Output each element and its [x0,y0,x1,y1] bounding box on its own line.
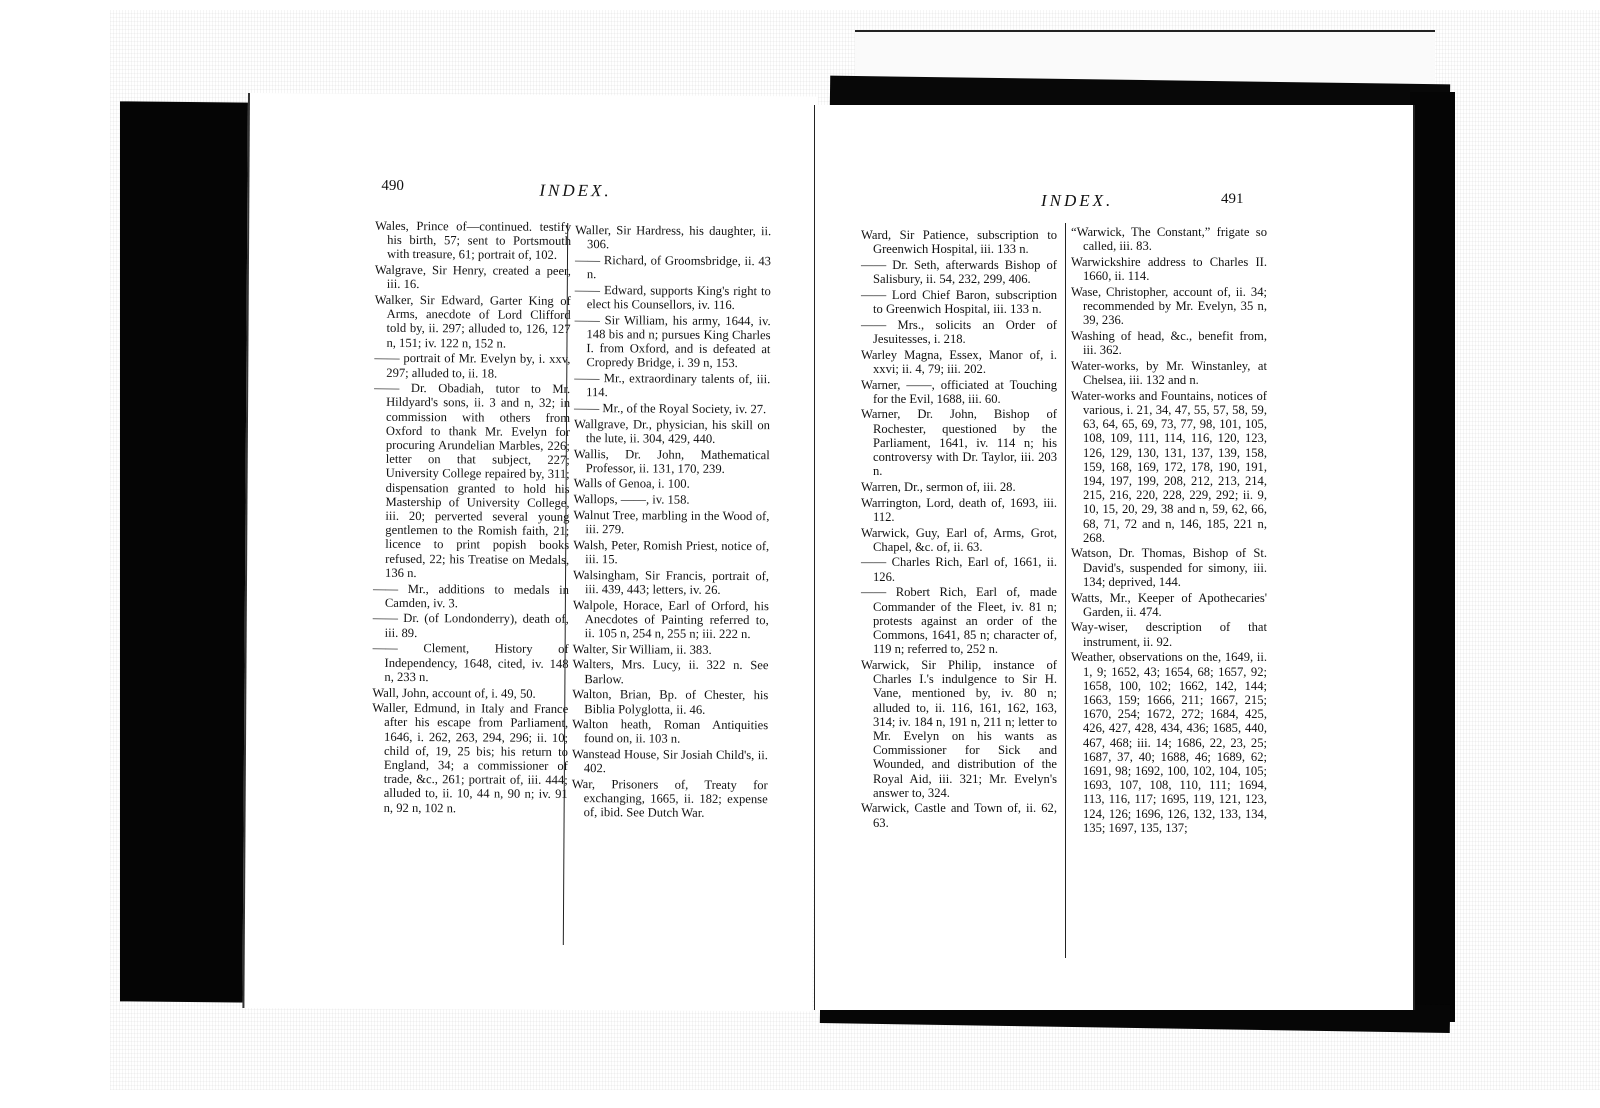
book-cover-left [120,101,250,1002]
index-entry: Way-wiser, description of that instrumen… [1071,620,1267,648]
index-entry: —— Charles Rich, Earl of, 1661, ii. 126. [861,555,1057,583]
book-cover-right [1410,92,1455,1022]
index-entry: Wallgrave, Dr., physician, his skill on … [574,417,770,447]
index-entry: —— Sir William, his army, 1644, iv. 148 … [574,313,770,371]
index-entry: Water-works, by Mr. Winstanley, at Chels… [1071,359,1267,387]
index-entry: Wallis, Dr. John, Mathematical Professor… [574,447,770,477]
index-entry: —— Dr. Obadiah, tutor to Mr. Hildyard's … [373,381,570,581]
index-entry: Walls of Genoa, i. 100. [574,476,770,491]
index-entry: —— Mr., extraordinary talents of, iii. 1… [574,371,770,401]
index-entry: Walton, Brian, Bp. of Chester, his Bibli… [572,687,768,717]
index-entry: Washing of head, &c., benefit from, iii.… [1071,329,1267,357]
index-entry: Waller, Edmund, in Italy and France afte… [372,701,569,816]
index-column-right-2: “Warwick, The Constant,” frigate so call… [1071,225,1267,837]
index-entry: Wallops, ——, iv. 158. [573,492,769,507]
index-entry: Watson, Dr. Thomas, Bishop of St. David'… [1071,546,1267,589]
index-entry: “Warwick, The Constant,” frigate so call… [1071,225,1267,253]
index-entry: Walgrave, Sir Henry, created a peer, iii… [375,263,571,293]
index-entry: —— Richard, of Groomsbridge, ii. 43 n. [575,253,771,283]
index-entry: Waller, Sir Hardress, his daughter, ii. … [575,223,771,253]
index-entry: —— Mrs., solicits an Order of Jesuitesse… [861,318,1057,346]
index-entry: Watts, Mr., Keeper of Apothecaries' Gard… [1071,591,1267,619]
index-entry: Walsh, Peter, Romish Priest, notice of, … [573,538,769,568]
index-column-right-1: Ward, Sir Patience, subscription to Gree… [861,228,1057,831]
index-entry: Walpole, Horace, Earl of Orford, his Ane… [573,598,769,642]
index-entry: Water-works and Fountains, notices of va… [1071,389,1267,545]
index-entry: Wanstead House, Sir Josiah Child's, ii. … [572,747,768,777]
index-column-left-1: Wales, Prince of—continued. testify his … [372,219,572,818]
index-entry: Walnut Tree, marbling in the Wood of, ii… [573,508,769,538]
left-page: 490 INDEX. Wales, Prince of—continued. t… [242,93,818,1011]
index-entry: —— Dr. Seth, afterwards Bishop of Salisb… [861,258,1057,286]
index-entry: Walters, Mrs. Lucy, ii. 322 n. See Barlo… [572,657,768,687]
column-divider [1065,223,1066,958]
running-head: 490 INDEX. [249,183,817,212]
index-entry: Warwick, Castle and Town of, ii. 62, 63. [861,801,1057,829]
index-entry: Weather, observations on the, 1649, ii. … [1071,650,1267,835]
index-entry: —— Mr., additions to medals in Camden, i… [373,581,569,611]
index-entry: Warner, Dr. John, Bishop of Rochester, q… [861,407,1057,478]
index-entry: War, Prisoners of, Treaty for exchanging… [572,777,768,821]
page-number: 491 [1221,191,1244,208]
index-entry: Walton heath, Roman Antiquities found on… [572,717,768,747]
index-entry: Walker, Sir Edward, Garter King of Arms,… [374,293,570,351]
index-column-left-2: Waller, Sir Hardress, his daughter, ii. … [572,223,772,822]
index-entry: Wase, Christopher, account of, ii. 34; r… [1071,285,1267,328]
index-entry: —— Edward, supports King's right to elec… [575,283,771,313]
index-entry: Warner, ——, officiated at Touching for t… [861,378,1057,406]
index-entry: Warley Magna, Essex, Manor of, i. xxvi; … [861,348,1057,376]
index-entry: Warwick, Sir Philip, instance of Charles… [861,658,1057,800]
index-entry: —— Clement, History of Independency, 164… [372,641,568,685]
index-entry: —— Dr. (of Londonderry), death of, iii. … [373,611,569,641]
index-entry: Ward, Sir Patience, subscription to Gree… [861,228,1057,256]
page-number: 490 [381,178,404,195]
running-head-title: INDEX. [539,181,611,201]
index-entry: Wall, John, account of, i. 49, 50. [372,685,568,700]
index-entry: —— Robert Rich, Earl of, made Commander … [861,585,1057,656]
index-entry: Warren, Dr., sermon of, iii. 28. [861,480,1057,494]
running-head: INDEX. 491 [815,195,1413,221]
running-head-title: INDEX. [1041,191,1113,211]
index-entry: —— Lord Chief Baron, subscription to Gre… [861,288,1057,316]
index-entry: Wales, Prince of—continued. testify his … [375,219,571,263]
index-entry: Walsingham, Sir Francis, portrait of, ii… [573,568,769,598]
index-entry: Warwick, Guy, Earl of, Arms, Grot, Chape… [861,526,1057,554]
index-entry: —— Mr., of the Royal Society, iv. 27. [574,401,770,416]
index-entry: —— portrait of Mr. Evelyn by, i. xxv, 29… [374,351,570,381]
index-entry: Warwickshire address to Charles II. 1660… [1071,255,1267,283]
right-page: INDEX. 491 Ward, Sir Patience, subscript… [814,105,1415,1010]
index-entry: Warrington, Lord, death of, 1693, iii. 1… [861,496,1057,524]
index-entry: Walter, Sir William, ii. 383. [573,642,769,657]
